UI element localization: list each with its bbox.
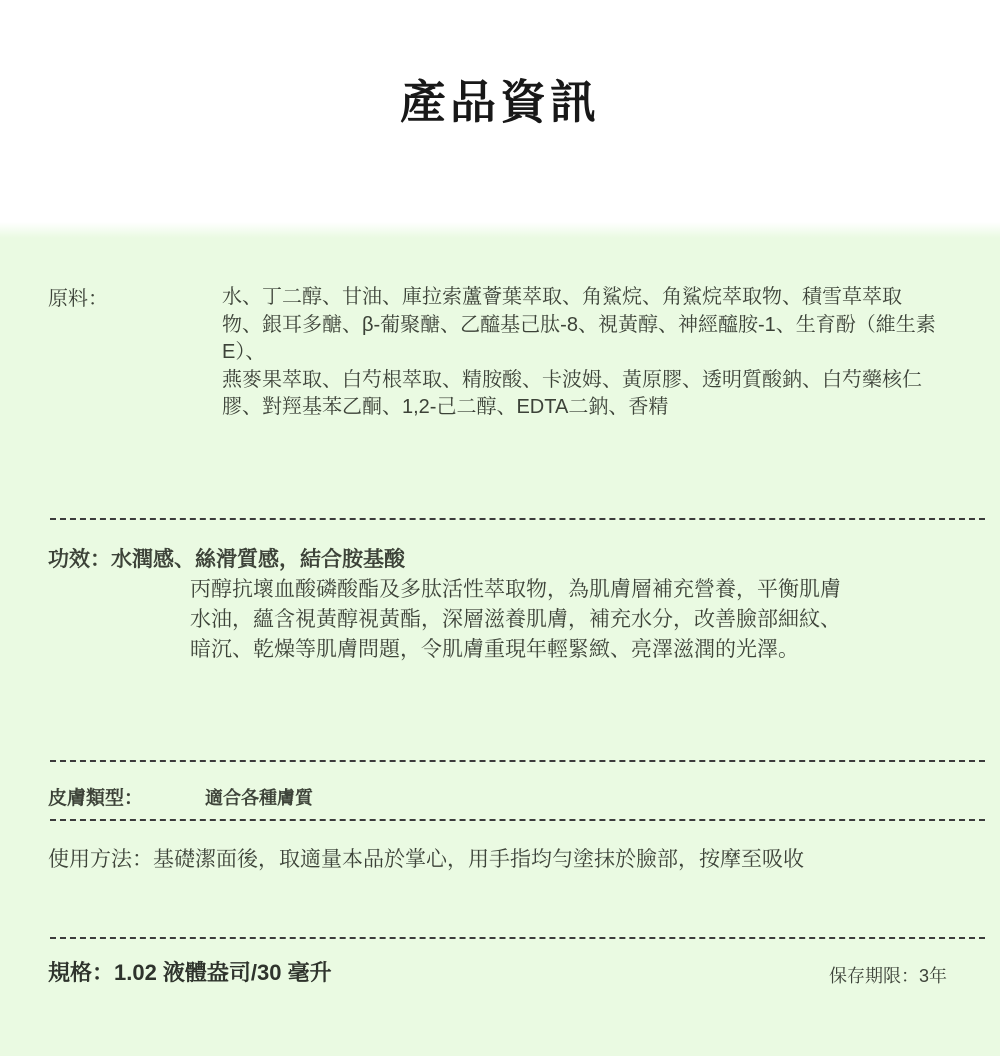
- skin-type-value: 適合各種膚質: [205, 784, 313, 810]
- efficacy-body: 丙醇抗壞血酸磷酸酯及多肽活性萃取物，為肌膚層補充營養，平衡肌膚 水油，蘊含視黃醇…: [190, 575, 930, 665]
- spec-text: 規格：1.02 液體盎司/30 毫升: [48, 956, 332, 987]
- divider-before-spec: [50, 937, 985, 939]
- divider-after-skin-type: [50, 819, 985, 821]
- divider-after-ingredients: [50, 518, 985, 520]
- ingredients-text: 水、丁二醇、甘油、庫拉索蘆薈葉萃取、角鯊烷、角鯊烷萃取物、積雪草萃取 物、銀耳多…: [222, 284, 947, 422]
- product-info-page: 產品資訊 原料： 水、丁二醇、甘油、庫拉索蘆薈葉萃取、角鯊烷、角鯊烷萃取物、積雪…: [0, 0, 1000, 1056]
- usage-text: 使用方法：基礎潔面後，取適量本品於掌心，用手指均勻塗抹於臉部，按摩至吸收: [48, 843, 958, 873]
- divider-before-skin-type: [50, 760, 985, 762]
- page-title: 產品資訊: [0, 66, 1000, 132]
- ingredients-label: 原料：: [48, 286, 108, 314]
- skin-type-label: 皮膚類型：: [48, 783, 143, 810]
- efficacy-heading: 功效：水潤感、絲滑質感，結合胺基酸: [48, 543, 405, 573]
- product-details-panel: 原料： 水、丁二醇、甘油、庫拉索蘆薈葉萃取、角鯊烷、角鯊烷萃取物、積雪草萃取 物…: [0, 222, 1000, 1056]
- shelf-life-text: 保存期限：3年: [829, 962, 947, 988]
